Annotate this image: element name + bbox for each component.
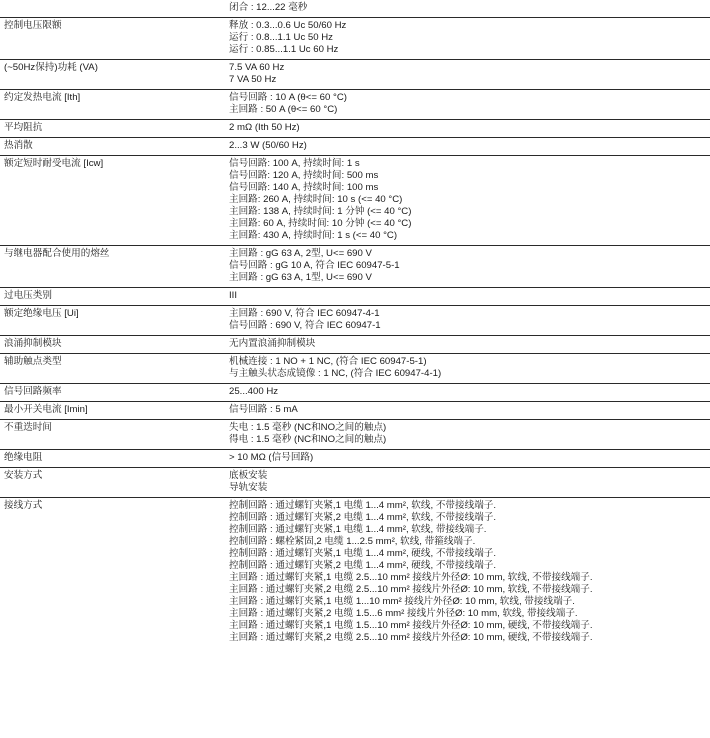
spec-value-line: 得电 : 1.5 毫秒 (NC和NO之间的触点) — [229, 434, 710, 446]
spec-label: 控制电压限额 — [0, 18, 229, 60]
spec-row-overvoltage-category: 过电压类别 III — [0, 288, 710, 306]
spec-label: (~50Hz保持)功耗 (VA) — [0, 60, 229, 90]
spec-value: 底板安装 导轨安装 — [229, 468, 710, 498]
spec-value-line: 控制回路 : 通过螺钉夹紧,1 电缆 1...4 mm², 硬线, 不带接线端子… — [229, 548, 710, 560]
spec-value-line: III — [229, 290, 710, 302]
spec-value-line: 主回路 : 690 V, 符合 IEC 60947-4-1 — [229, 308, 710, 320]
spec-row-insulation-resistance: 绝缘电阻 > 10 MΩ (信号回路) — [0, 450, 710, 468]
spec-label: 额定绝缘电压 [Ui] — [0, 306, 229, 336]
spec-row-mounting-support: 安装方式 底板安装 导轨安装 — [0, 468, 710, 498]
spec-label: 过电压类别 — [0, 288, 229, 306]
spec-value: 机械连接 : 1 NO + 1 NC, (符合 IEC 60947-5-1) 与… — [229, 354, 710, 384]
spec-row-insulation-voltage: 额定绝缘电压 [Ui] 主回路 : 690 V, 符合 IEC 60947-4-… — [0, 306, 710, 336]
spec-value-line: 导轨安装 — [229, 482, 710, 494]
spec-value-line: 主回路: 60 A, 持续时间: 10 分钟 (<= 40 °C) — [229, 218, 710, 230]
spec-label: 接线方式 — [0, 498, 229, 648]
spec-row-short-time-withstand-current: 额定短时耐受电流 [Icw] 信号回路: 100 A, 持续时间: 1 s 信号… — [0, 156, 710, 246]
spec-value-line: 机械连接 : 1 NO + 1 NC, (符合 IEC 60947-5-1) — [229, 356, 710, 368]
spec-row-closing-time: 闭合 : 12...22 毫秒 — [0, 0, 710, 18]
spec-label: 与继电器配合使用的熔丝 — [0, 246, 229, 288]
spec-value-line: 释放 : 0.3...0.6 Uc 50/60 Hz — [229, 20, 710, 32]
spec-value: III — [229, 288, 710, 306]
spec-value-line: 主回路: 430 A, 持续时间: 1 s (<= 40 °C) — [229, 230, 710, 242]
spec-label: 信号回路频率 — [0, 384, 229, 402]
spec-value: 2...3 W (50/60 Hz) — [229, 138, 710, 156]
spec-value-line: 主回路 : 通过螺钉夹紧,1 电缆 1.5...10 mm² 接线片外径Ø: 1… — [229, 620, 710, 632]
spec-row-average-impedance: 平均阻抗 2 mΩ (Ith 50 Hz) — [0, 120, 710, 138]
spec-label: 辅助触点类型 — [0, 354, 229, 384]
spec-value-line: 2...3 W (50/60 Hz) — [229, 140, 710, 152]
spec-value-line: 信号回路: 140 A, 持续时间: 100 ms — [229, 182, 710, 194]
spec-value-line: 主回路: 260 A, 持续时间: 10 s (<= 40 °C) — [229, 194, 710, 206]
spec-label: 不重迭时间 — [0, 420, 229, 450]
spec-value-line: 运行 : 0.8...1.1 Uc 50 Hz — [229, 32, 710, 44]
spec-value-line: 主回路: 138 A, 持续时间: 1 分钟 (<= 40 °C) — [229, 206, 710, 218]
spec-value-line: 主回路 : 50 A (θ<= 60 °C) — [229, 104, 710, 116]
spec-row-non-overlap-time: 不重迭时间 失电 : 1.5 毫秒 (NC和NO之间的触点) 得电 : 1.5 … — [0, 420, 710, 450]
spec-row-minimum-switching-current: 最小开关电流 [Imin] 信号回路 : 5 mA — [0, 402, 710, 420]
spec-value: 7.5 VA 60 Hz 7 VA 50 Hz — [229, 60, 710, 90]
spec-value-line: 主回路 : 通过螺钉夹紧,1 电缆 2.5...10 mm² 接线片外径Ø: 1… — [229, 572, 710, 584]
spec-value-line: 控制回路 : 螺栓紧固,2 电缆 1...2.5 mm², 软线, 带箍线端子. — [229, 536, 710, 548]
spec-value-line: 主回路 : gG 63 A, 2型, U<= 690 V — [229, 248, 710, 260]
spec-row-connections-terminals: 接线方式 控制回路 : 通过螺钉夹紧,1 电缆 1...4 mm², 软线, 不… — [0, 498, 710, 648]
spec-value-line: 7 VA 50 Hz — [229, 74, 710, 86]
spec-value-line: 信号回路 : 690 V, 符合 IEC 60947-1 — [229, 320, 710, 332]
spec-value: 闭合 : 12...22 毫秒 — [229, 0, 710, 18]
spec-value-line: 控制回路 : 通过螺钉夹紧,1 电缆 1...4 mm², 软线, 带接线端子. — [229, 524, 710, 536]
spec-value-line: 控制回路 : 通过螺钉夹紧,1 电缆 1...4 mm², 软线, 不带接线端子… — [229, 500, 710, 512]
spec-label: 约定发热电流 [Ith] — [0, 90, 229, 120]
spec-value: > 10 MΩ (信号回路) — [229, 450, 710, 468]
spec-value-line: > 10 MΩ (信号回路) — [229, 452, 710, 464]
spec-value-line: 控制回路 : 通过螺钉夹紧,2 电缆 1...4 mm², 硬线, 不带接线端子… — [229, 560, 710, 572]
spec-value: 信号回路: 100 A, 持续时间: 1 s 信号回路: 120 A, 持续时间… — [229, 156, 710, 246]
spec-value: 25...400 Hz — [229, 384, 710, 402]
spec-label: 平均阻抗 — [0, 120, 229, 138]
spec-row-signal-circuit-frequency: 信号回路频率 25...400 Hz — [0, 384, 710, 402]
spec-value-line: 失电 : 1.5 毫秒 (NC和NO之间的触点) — [229, 422, 710, 434]
spec-value-line: 7.5 VA 60 Hz — [229, 62, 710, 74]
spec-value-line: 主回路 : gG 63 A, 1型, U<= 690 V — [229, 272, 710, 284]
spec-label: 浪涌抑制模块 — [0, 336, 229, 354]
spec-row-auxiliary-contact-type: 辅助触点类型 机械连接 : 1 NO + 1 NC, (符合 IEC 60947… — [0, 354, 710, 384]
spec-row-power-consumption: (~50Hz保持)功耗 (VA) 7.5 VA 60 Hz 7 VA 50 Hz — [0, 60, 710, 90]
spec-value-line: 信号回路 : gG 10 A, 符合 IEC 60947-5-1 — [229, 260, 710, 272]
spec-value: 控制回路 : 通过螺钉夹紧,1 电缆 1...4 mm², 软线, 不带接线端子… — [229, 498, 710, 648]
spec-table-body: 闭合 : 12...22 毫秒 控制电压限额 释放 : 0.3...0.6 Uc… — [0, 0, 710, 647]
spec-value-line: 25...400 Hz — [229, 386, 710, 398]
spec-row-surge-suppressor: 浪涌抑制模块 无内置浪涌抑制模块 — [0, 336, 710, 354]
spec-value-line: 主回路 : 通过螺钉夹紧,1 电缆 1...10 mm² 接线片外径Ø: 10 … — [229, 596, 710, 608]
spec-label — [0, 0, 229, 18]
spec-label: 热消散 — [0, 138, 229, 156]
spec-value-line: 信号回路 : 5 mA — [229, 404, 710, 416]
spec-value-line: 信号回路: 120 A, 持续时间: 500 ms — [229, 170, 710, 182]
spec-table: 闭合 : 12...22 毫秒 控制电压限额 释放 : 0.3...0.6 Uc… — [0, 0, 710, 647]
spec-value-line: 运行 : 0.85...1.1 Uc 60 Hz — [229, 44, 710, 56]
spec-value: 主回路 : 690 V, 符合 IEC 60947-4-1 信号回路 : 690… — [229, 306, 710, 336]
spec-row-thermal-current: 约定发热电流 [Ith] 信号回路 : 10 A (θ<= 60 °C) 主回路… — [0, 90, 710, 120]
spec-value: 信号回路 : 10 A (θ<= 60 °C) 主回路 : 50 A (θ<= … — [229, 90, 710, 120]
spec-value: 失电 : 1.5 毫秒 (NC和NO之间的触点) 得电 : 1.5 毫秒 (NC… — [229, 420, 710, 450]
spec-value: 释放 : 0.3...0.6 Uc 50/60 Hz 运行 : 0.8...1.… — [229, 18, 710, 60]
spec-value: 主回路 : gG 63 A, 2型, U<= 690 V 信号回路 : gG 1… — [229, 246, 710, 288]
spec-value: 无内置浪涌抑制模块 — [229, 336, 710, 354]
spec-label: 绝缘电阻 — [0, 450, 229, 468]
spec-value-line: 无内置浪涌抑制模块 — [229, 338, 710, 350]
spec-value-line: 主回路 : 通过螺钉夹紧,2 电缆 1.5...6 mm² 接线片外径Ø: 10… — [229, 608, 710, 620]
spec-label: 最小开关电流 [Imin] — [0, 402, 229, 420]
spec-value-line: 底板安装 — [229, 470, 710, 482]
spec-value-line: 主回路 : 通过螺钉夹紧,2 电缆 2.5...10 mm² 接线片外径Ø: 1… — [229, 584, 710, 596]
spec-value-line: 2 mΩ (Ith 50 Hz) — [229, 122, 710, 134]
spec-label: 安装方式 — [0, 468, 229, 498]
spec-value-line: 主回路 : 通过螺钉夹紧,2 电缆 2.5...10 mm² 接线片外径Ø: 1… — [229, 632, 710, 644]
spec-value-line: 信号回路: 100 A, 持续时间: 1 s — [229, 158, 710, 170]
spec-value: 信号回路 : 5 mA — [229, 402, 710, 420]
spec-value-line: 与主触头状态成镜像 : 1 NC, (符合 IEC 60947-4-1) — [229, 368, 710, 380]
spec-value: 2 mΩ (Ith 50 Hz) — [229, 120, 710, 138]
spec-value-line: 控制回路 : 通过螺钉夹紧,2 电缆 1...4 mm², 软线, 不带接线端子… — [229, 512, 710, 524]
spec-row-heat-dissipation: 热消散 2...3 W (50/60 Hz) — [0, 138, 710, 156]
spec-value-line: 信号回路 : 10 A (θ<= 60 °C) — [229, 92, 710, 104]
spec-row-control-voltage-limits: 控制电压限额 释放 : 0.3...0.6 Uc 50/60 Hz 运行 : 0… — [0, 18, 710, 60]
spec-value-line: 闭合 : 12...22 毫秒 — [229, 2, 710, 14]
spec-label: 额定短时耐受电流 [Icw] — [0, 156, 229, 246]
spec-row-fuses: 与继电器配合使用的熔丝 主回路 : gG 63 A, 2型, U<= 690 V… — [0, 246, 710, 288]
